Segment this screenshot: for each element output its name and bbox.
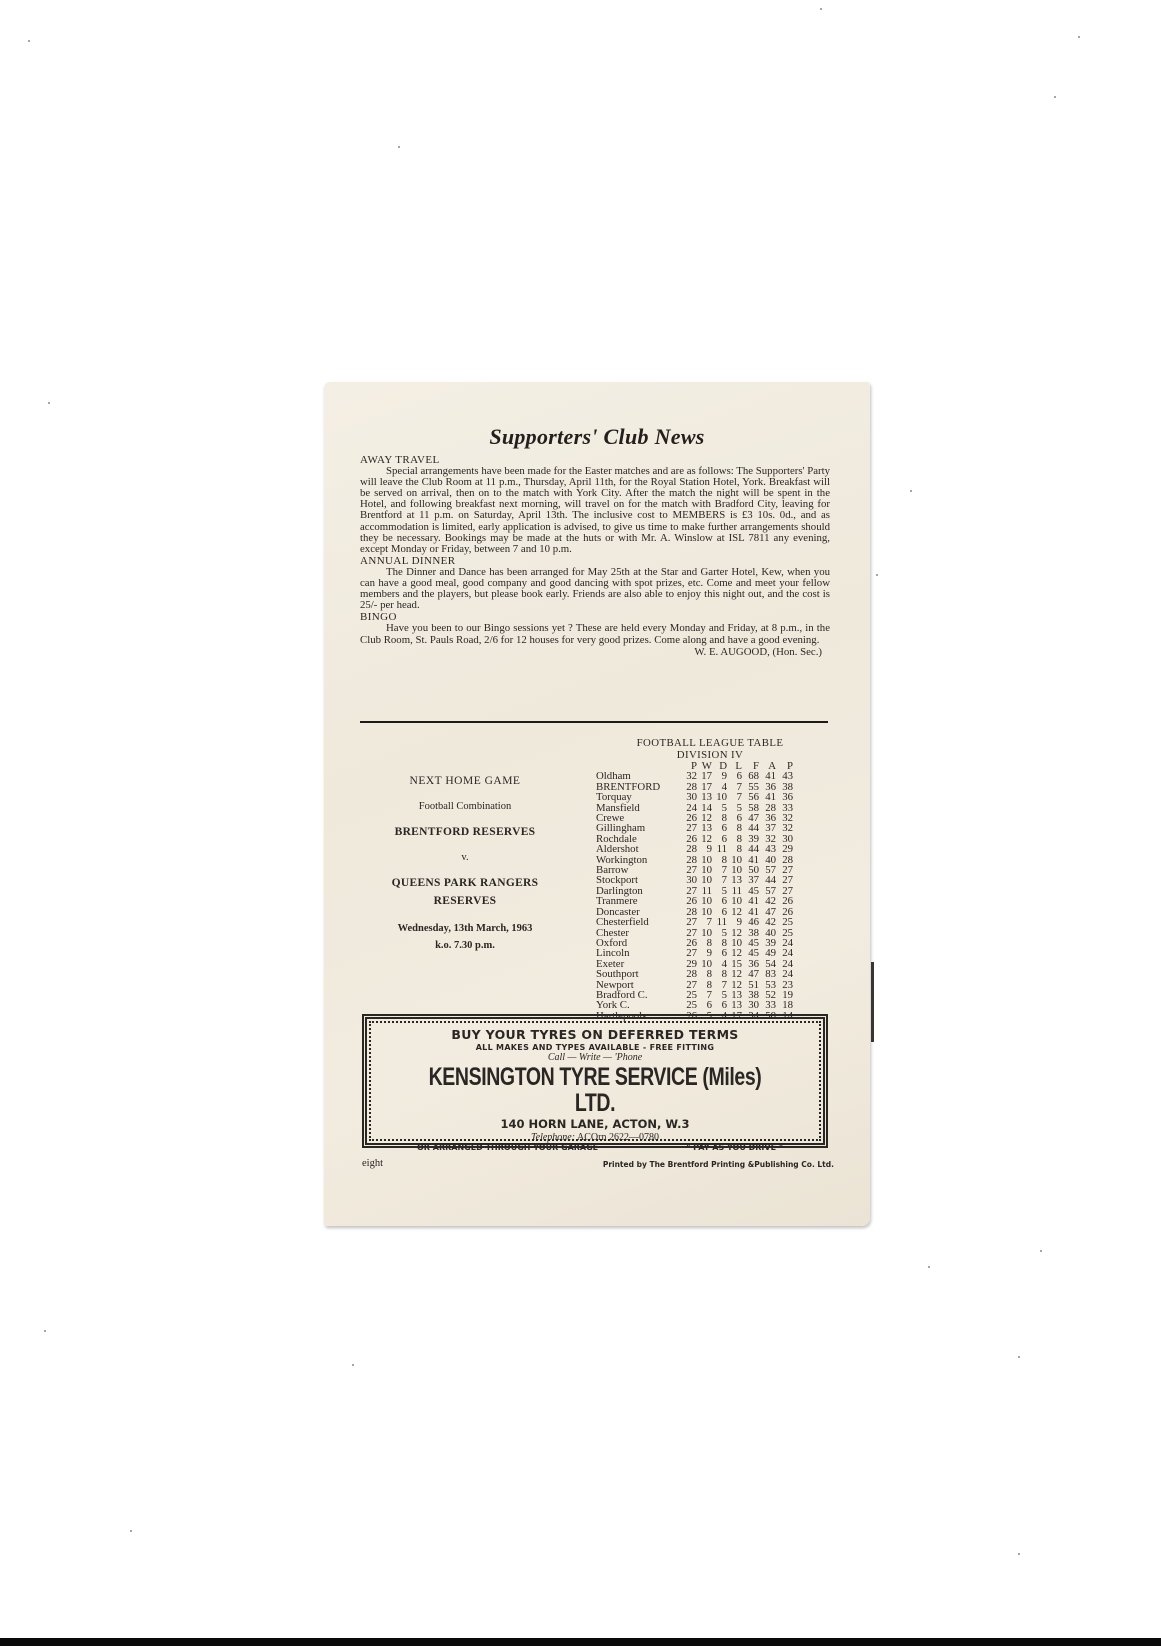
next-game-away-team-line2: RESERVES	[360, 895, 570, 907]
table-cell: 24	[776, 969, 793, 979]
page-edge-shadow	[871, 962, 874, 1042]
bottom-border-bar	[0, 1638, 1161, 1646]
ad-contact-methods: Call — Write — 'Phone	[367, 1052, 823, 1063]
ad-telephone-number: ACOrn 2622—0780	[577, 1132, 659, 1143]
next-home-game: NEXT HOME GAME Football Combination BREN…	[360, 775, 570, 951]
next-game-versus: v.	[360, 852, 570, 863]
next-game-competition: Football Combination	[360, 801, 570, 812]
next-game-kickoff: k.o. 7.30 p.m.	[360, 940, 570, 951]
section-text-annual-dinner: The Dinner and Dance has been arranged f…	[360, 567, 830, 611]
next-game-title: NEXT HOME GAME	[360, 775, 570, 787]
section-text-away-travel: Special arrangements have been made for …	[360, 466, 830, 555]
ad-headline: BUY YOUR TYRES ON DEFERRED TERMS	[367, 1027, 823, 1042]
league-table: FOOTBALL LEAGUE TABLE DIVISION IV PWDLFA…	[586, 737, 834, 1021]
league-table-grid: PWDLFAP Oldham321796684143BRENTFORD28174…	[596, 761, 793, 1021]
table-cell: 27	[682, 917, 697, 927]
divider-rule	[360, 721, 828, 723]
table-cell: 11	[712, 917, 727, 927]
league-table-title: FOOTBALL LEAGUE TABLE	[586, 737, 834, 749]
signature: W. E. AUGOOD, (Hon. Sec.)	[360, 647, 830, 658]
next-game-date: Wednesday, 13th March, 1963	[360, 923, 570, 934]
table-cell: 9	[727, 917, 742, 927]
ad-subline: ALL MAKES AND TYPES AVAILABLE - FREE FIT…	[367, 1043, 823, 1052]
ad-address: 140 HORN LANE, ACTON, W.3	[367, 1117, 823, 1131]
table-cell: 46	[742, 917, 759, 927]
team-name: Chesterfield	[596, 917, 682, 927]
table-row: Chesterfield277119464225	[596, 917, 793, 927]
ad-footer-right: " PAY AS YOU DRIVE "	[686, 1143, 783, 1152]
table-cell: 8	[712, 969, 727, 979]
table-cell: 47	[742, 969, 759, 979]
next-game-home-team: BRENTFORD RESERVES	[360, 826, 570, 838]
table-cell: 8	[697, 969, 712, 979]
team-name: Southport	[596, 969, 682, 979]
table-cell: 25	[776, 917, 793, 927]
ad-footer-left: OR ARRANGED THROUGH YOUR GARAGE	[417, 1143, 598, 1152]
table-cell: 7	[697, 917, 712, 927]
ad-telephone-label: Telephone:	[531, 1132, 575, 1143]
ad-telephone: Telephone: ACOrn 2622—0780	[367, 1132, 823, 1143]
table-cell: 42	[759, 917, 776, 927]
section-text-bingo: Have you been to our Bingo sessions yet …	[360, 623, 830, 645]
ad-company-name: KENSINGTON TYRE SERVICE (Miles) LTD.	[417, 1064, 773, 1116]
page-title: Supporters' Club News	[324, 424, 870, 450]
page-number: eight	[362, 1158, 383, 1169]
ad-footer: OR ARRANGED THROUGH YOUR GARAGE " PAY AS…	[367, 1143, 823, 1152]
table-cell: 83	[759, 969, 776, 979]
table-cell: 28	[682, 969, 697, 979]
table-cell: 12	[727, 969, 742, 979]
advertisement-box: BUY YOUR TYRES ON DEFERRED TERMS ALL MAK…	[362, 1014, 828, 1148]
next-game-away-team: QUEENS PARK RANGERS	[360, 877, 570, 889]
programme-page: Supporters' Club News AWAY TRAVEL Specia…	[324, 382, 870, 1226]
table-row: Southport288812478324	[596, 969, 793, 979]
printer-credit: Printed by The Brentford Printing &Publi…	[603, 1160, 834, 1169]
supporters-club-news: AWAY TRAVEL Special arrangements have be…	[360, 454, 830, 658]
